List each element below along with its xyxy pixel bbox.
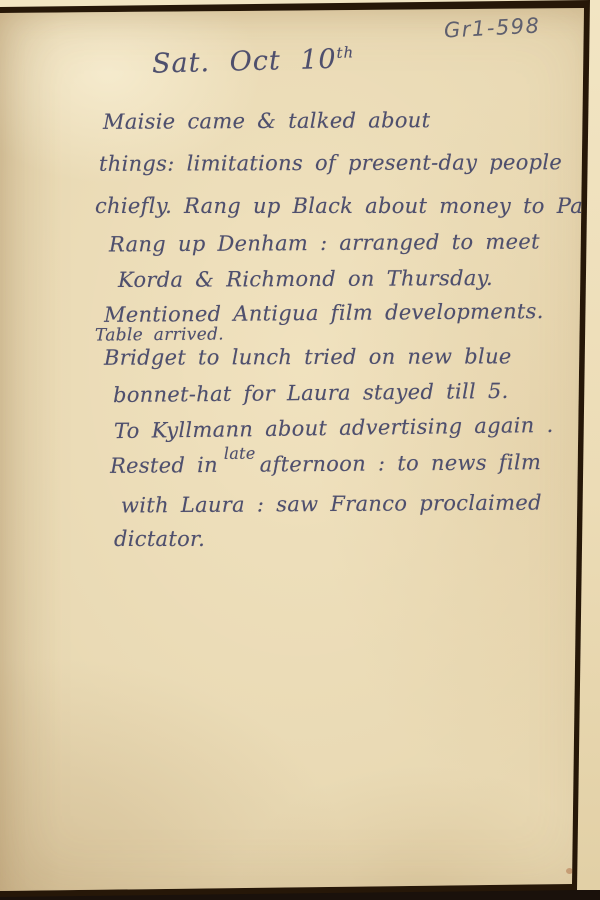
inserted-word-late: late (224, 444, 256, 463)
diary-line-inserted: Table arrived. (95, 324, 224, 345)
diary-line: Rang up Denham : arranged to meet (109, 229, 540, 256)
diary-line: Maisie came & talked about (103, 108, 430, 134)
diary-line: Korda & Richmond on Thursday. (118, 266, 493, 292)
entry-date-ordinal: th (336, 43, 354, 61)
diary-line-post: afternoon : to news film (260, 450, 542, 476)
entry-date-text: Sat. Oct 10 (152, 44, 337, 80)
diary-line: Rested inlateafternoon : to news film (110, 450, 541, 478)
diary-line-pre: Rested in (110, 453, 218, 478)
diary-page: Gr1-598 Sat. Oct 10th Maisie came & talk… (0, 0, 600, 900)
diary-line: bonnet-hat for Laura stayed till 5. (113, 379, 509, 407)
diary-line: things: limitations of present-day peopl… (99, 150, 562, 176)
diary-line: To Kyllmann about advertising again . (114, 413, 554, 443)
diary-line: dictator. (114, 527, 205, 551)
diary-line: chiefly. Rang up Black about money to Pa… (95, 194, 600, 218)
diary-line: Bridget to lunch tried on new blue (104, 344, 512, 369)
diary-line: Mentioned Antigua film developments. (104, 299, 544, 327)
diary-line: with Laura : saw Franco proclaimed (121, 491, 542, 518)
entry-date-heading: Sat. Oct 10th (152, 43, 355, 79)
paper-stain (566, 868, 573, 874)
photo-background: Gr1-598 Sat. Oct 10th Maisie came & talk… (0, 0, 600, 900)
catalog-number: Gr1-598 (443, 13, 541, 42)
